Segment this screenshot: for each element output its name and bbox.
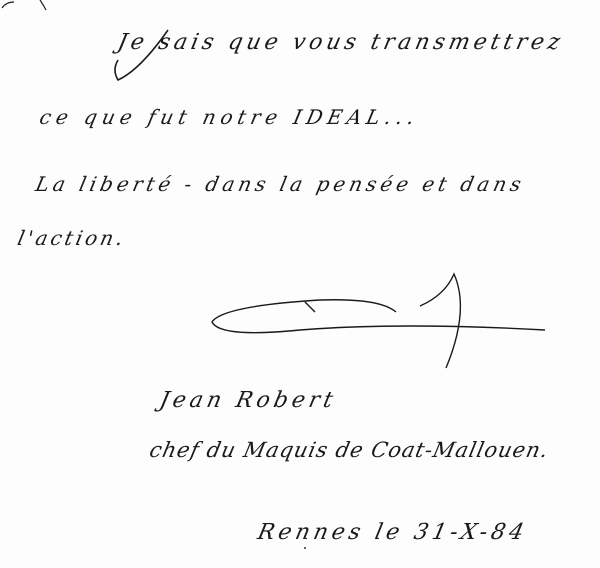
- note-line-3: La liberté - dans la pensée et dans: [33, 172, 527, 196]
- signature-flourish: [212, 274, 545, 368]
- note-line-4: l'action.: [15, 226, 128, 250]
- author-name: Jean Robert: [157, 388, 339, 413]
- note-line-2: ce que fut notre IDEAL...: [37, 105, 421, 129]
- author-title: chef du Maquis de Coat-Mallouen.: [147, 438, 551, 462]
- scanned-note: Je sais que vous transmettrez ce que fut…: [0, 0, 600, 568]
- place-date: Rennes le 31-X-84: [255, 520, 530, 545]
- corner-mark: [2, 0, 46, 10]
- ink-strokes: [0, 0, 600, 568]
- note-line-1: Je sais que vous transmettrez: [115, 30, 566, 55]
